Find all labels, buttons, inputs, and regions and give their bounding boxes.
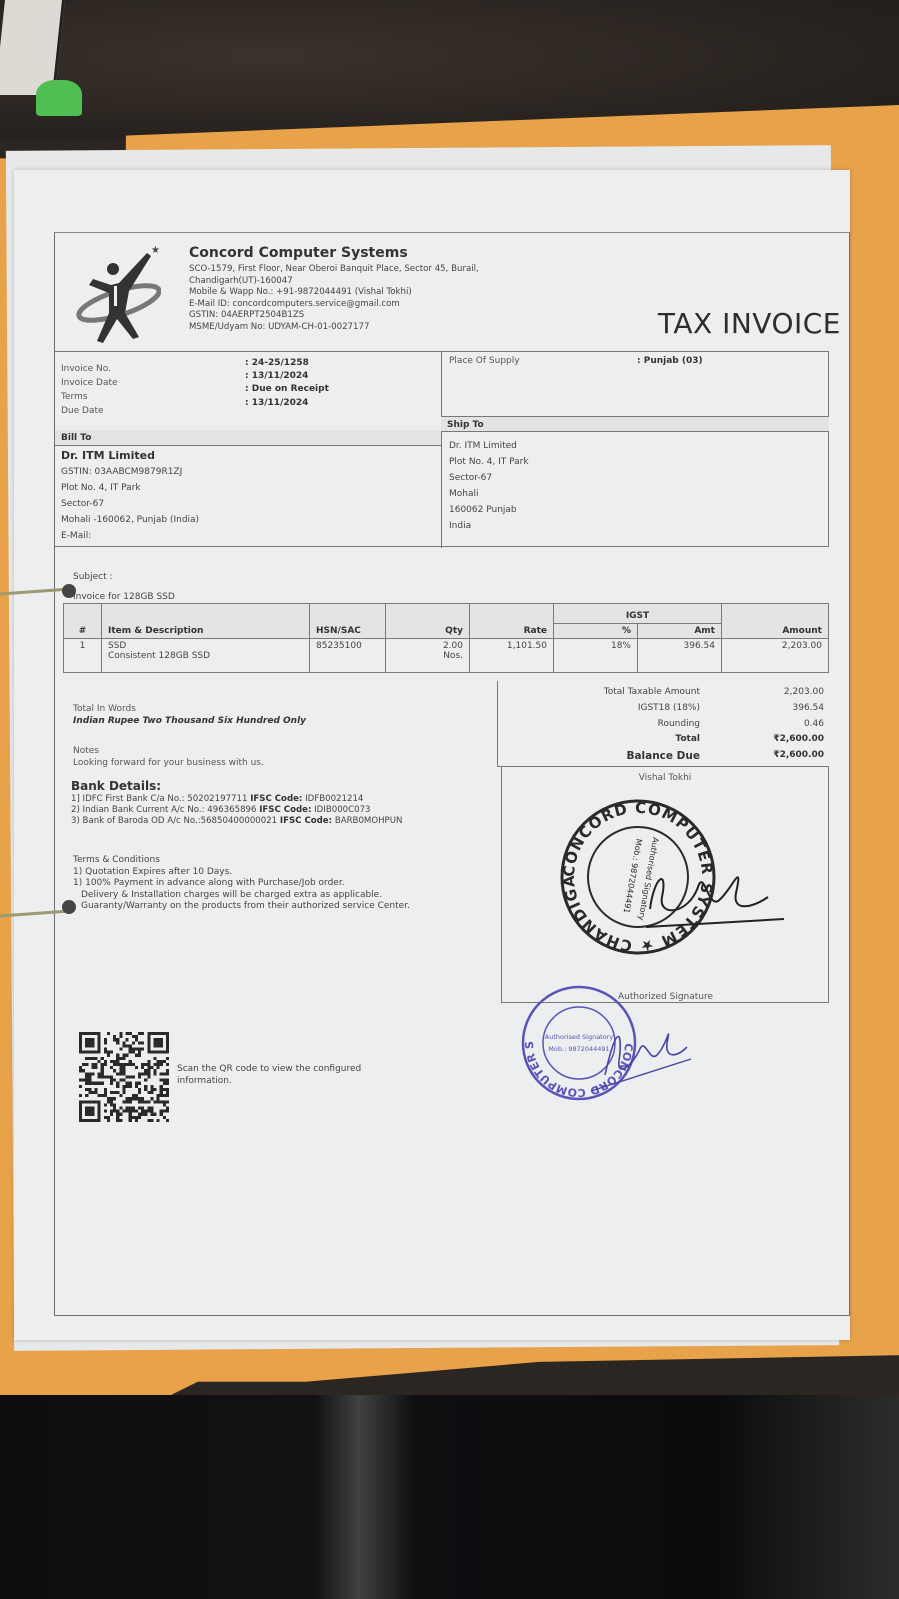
due-date-label: Due Date [61,406,221,416]
bank-details: Bank Details: 1] IDFC First Bank C/a No.… [71,781,402,827]
row-igst-amt: 396.54 [638,639,722,673]
row-item: SSD Consistent 128GB SSD [102,639,310,673]
ship-to-line: Plot No. 4, IT Park [449,454,529,470]
company-gstin: GSTIN: 04AERPT2504B1ZS [189,310,589,322]
row-item-name: SSD [108,641,303,651]
col-hsn: HSN/SAC [310,604,386,639]
green-pen-cap [36,80,82,116]
total-in-words-value: Indian Rupee Two Thousand Six Hundred On… [73,715,306,727]
bill-to-email: E-Mail: [61,528,199,544]
total-label: Total [675,734,700,744]
col-igst-amt: Amt [638,624,722,639]
signer-name: Vishal Tokhi [502,773,828,783]
invoice-no-label: Invoice No. [61,364,221,374]
terms-label: Terms [61,392,221,402]
bill-to-gstin: GSTIN: 03AABCM9879R1ZJ [61,464,199,480]
qr-caption-line1: Scan the QR code to view the configured [177,1063,361,1075]
balance-due-label: Balance Due [626,750,700,762]
ifsc-label: IFSC Code: [259,805,311,815]
place-of-supply-label: Place Of Supply [449,356,520,366]
notes-label: Notes [73,745,264,757]
ship-to-line: 160062 Punjab [449,502,529,518]
totals-box: Total Taxable Amount 2,203.00 IGST18 (18… [497,681,829,767]
ship-to-line: Sector-67 [449,470,529,486]
col-num: # [64,604,102,639]
ifsc-label: IFSC Code: [250,794,302,804]
row-qty: 2.00 Nos. [386,639,470,673]
terms-item: Guaranty/Warranty on the products from t… [73,901,410,913]
company-info: Concord Computer Systems SCO-1579, First… [189,245,589,333]
invoice-date-value: : 13/11/2024 [245,371,308,381]
subject-label: Subject : [73,567,175,587]
svg-text:Authorised Signatory: Authorised Signatory [545,1033,614,1041]
row-item-description: Consistent 128GB SSD [108,651,303,661]
signature-box: Vishal Tokhi CONCORD COMPUTER SYSTEM ★ C… [501,767,829,1003]
ship-to-line: Mohali [449,486,529,502]
due-date-value: : 13/11/2024 [245,398,308,408]
total-taxable-value: 2,203.00 [784,687,824,697]
place-of-supply-value: : Punjab (03) [637,356,703,366]
row-igst-pct: 18% [554,639,638,673]
bank-account: 2) Indian Bank Current A/c No.: 49636589… [71,805,402,816]
ship-to-address: Dr. ITM Limited Plot No. 4, IT Park Sect… [449,438,529,534]
invoice-sheet: ★ Concord Computer Systems SCO-1579, Fir… [54,232,850,1316]
svg-text:Mob.: 9872044491: Mob.: 9872044491 [548,1045,609,1053]
notes: Notes Looking forward for your business … [73,745,264,769]
qr-code-icon [79,1031,169,1123]
col-qty: Qty [386,604,470,639]
row-rate: 1,101.50 [470,639,554,673]
terms-value: : Due on Receipt [245,384,329,394]
total-value: ₹2,600.00 [773,734,824,744]
bill-to-line2: Sector-67 [61,496,199,512]
total-in-words-label: Total In Words [73,703,306,715]
floor-background [0,1395,899,1599]
ship-to-line: Dr. ITM Limited [449,438,529,454]
company-mobile: Mobile & Wapp No.: +91-9872044491 (Visha… [189,287,589,299]
document-title: TAX INVOICE [658,307,841,340]
invoice-no-value: : 24-25/1258 [245,358,309,368]
row-num: 1 [64,639,102,673]
ifsc-code: IDFB0021214 [305,794,363,804]
col-igst-pct: % [554,624,638,639]
company-stamp-icon: CONCORD COMPUTER SYSTEM ★ CHANDIGARH ★ A… [558,797,798,957]
bank-account-number: 3) Bank of Baroda OD A/c No.:56850400000… [71,816,277,826]
bank-account: 3) Bank of Baroda OD A/c No.:56850400000… [71,816,402,827]
bill-to-heading: Bill To [55,430,441,446]
bill-to-line3: Mohali -160062, Punjab (India) [61,512,199,528]
notes-value: Looking forward for your business with u… [73,757,264,769]
col-rate: Rate [470,604,554,639]
igst-label: IGST18 (18%) [638,703,700,713]
company-logo-icon: ★ [69,239,161,343]
rounding-value: 0.46 [804,719,824,729]
col-igst: IGST [554,604,722,624]
row-amount: 2,203.00 [722,639,829,673]
bill-to-name: Dr. ITM Limited [61,448,199,464]
bill-to-address: Dr. ITM Limited GSTIN: 03AABCM9879R1ZJ P… [61,448,199,544]
total-taxable-label: Total Taxable Amount [604,687,700,697]
company-address-2: Chandigarh(UT)-160047 [189,276,589,288]
igst-value: 396.54 [793,703,825,713]
info-bottom-border [55,546,829,547]
terms-item: Delivery & Installation charges will be … [73,890,410,902]
ifsc-code: IDIB000C073 [314,805,370,815]
terms-item: 1) Quotation Expires after 10 Days. [73,867,410,879]
bank-account: 1] IDFC First Bank C/a No.: 50202197711 … [71,794,402,805]
company-email: E-Mail ID: concordcomputers.service@gmai… [189,299,589,311]
company-address-1: SCO-1579, First Floor, Near Oberoi Banqu… [189,264,589,276]
invoice-info-grid: Invoice No. : 24-25/1258 Invoice Date : … [55,351,829,547]
company-name: Concord Computer Systems [189,245,589,261]
rounding-label: Rounding [658,719,700,729]
items-table: # Item & Description HSN/SAC Qty Rate IG… [63,603,829,673]
balance-due-value: ₹2,600.00 [773,750,824,760]
ifsc-code: BARB0MOHPUN [335,816,403,826]
binder-ring [62,900,76,914]
ship-to-heading: Ship To [441,416,829,432]
col-item: Item & Description [102,604,310,639]
ifsc-label: IFSC Code: [280,816,332,826]
invoice-date-label: Invoice Date [61,378,221,388]
qr-caption-line2: information. [177,1075,361,1087]
table-row: 1 SSD Consistent 128GB SSD 85235100 2.00… [64,639,829,673]
bank-account-number: 2) Indian Bank Current A/c No.: 49636589… [71,805,256,815]
blue-stamp-icon: CONCORD COMPUTER SYSTEM ★ CHANDIGARH Aut… [521,981,721,1101]
qr-caption: Scan the QR code to view the configured … [177,1063,361,1087]
total-in-words: Total In Words Indian Rupee Two Thousand… [73,703,306,727]
row-hsn: 85235100 [310,639,386,673]
ship-to-line: India [449,518,529,534]
binder-ring [62,584,76,598]
company-msme: MSME/Udyam No: UDYAM-CH-01-0027177 [189,322,589,334]
svg-text:★: ★ [151,245,160,256]
row-qty-value: 2.00 [392,641,463,651]
column-divider [441,352,442,548]
bank-details-heading: Bank Details: [71,781,402,792]
terms-and-conditions: Terms & Conditions 1) Quotation Expires … [73,855,410,913]
col-amount: Amount [722,604,829,639]
subject: Subject : Invoice for 128GB SSD [73,567,175,607]
terms-heading: Terms & Conditions [73,855,410,867]
row-qty-unit: Nos. [392,651,463,661]
bank-account-number: 1] IDFC First Bank C/a No.: 50202197711 [71,794,247,804]
bill-to-line1: Plot No. 4, IT Park [61,480,199,496]
terms-item: 1) 100% Payment in advance along with Pu… [73,878,410,890]
